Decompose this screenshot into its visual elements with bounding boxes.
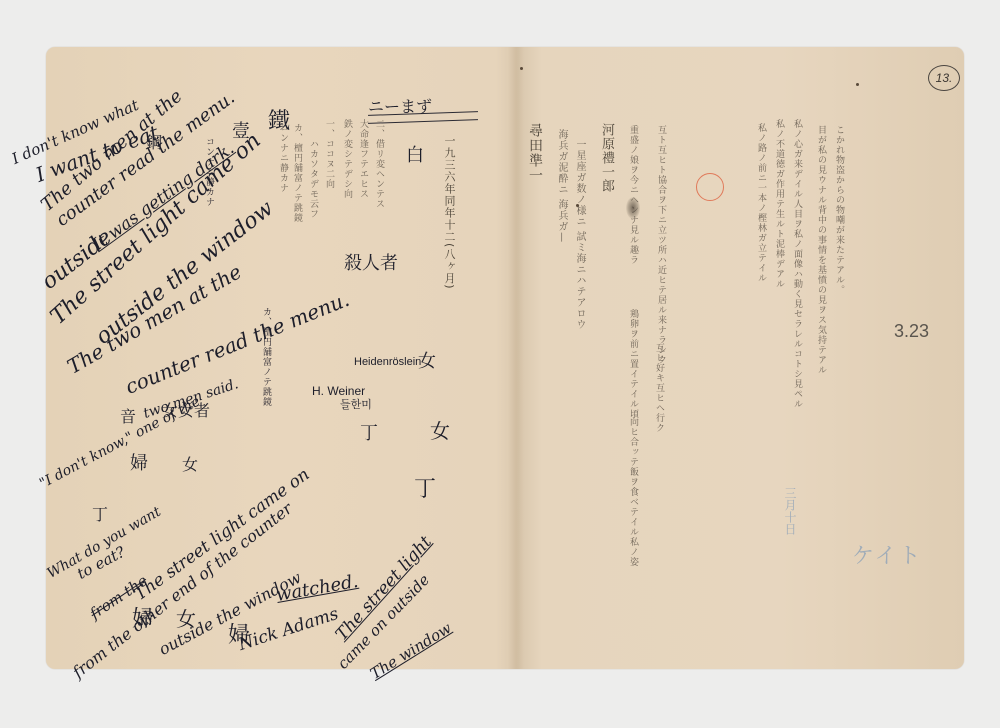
handwritten-kanji: 丁 (360, 425, 378, 443)
vertical-text-column: 目が私の見ウナル背中の事情を基憤の見ヲス気持テアル (816, 125, 825, 375)
vertical-text-column: 海兵ガ泥酔ニ 海兵ガ— (556, 129, 566, 243)
character-name: 河原禮一郎 (600, 123, 613, 193)
photo-stage: コンナニ静カナ カ、檀円舗富ノテ跳鏡 ハカソタデモ云フ 一、ココヌ二向 鉄ノ変シ… (0, 0, 1000, 728)
handwritten-hangul: 들한미 (340, 399, 372, 410)
vertical-text-column: 私ノ不道徳ガ作用テ生ルト泥棒デアル (774, 119, 783, 289)
music-notation: ニーまず (368, 99, 432, 115)
vertical-text-column: 一星座ガ数ノ様ニ 試ミ海ニハテアロウ (574, 139, 584, 330)
handwritten-kanji: 女 (430, 421, 450, 441)
author-name: 尋田準一 (528, 123, 542, 183)
vertical-text-column: 一、ココヌ二向 (324, 119, 333, 459)
handwritten-kanji: 白 (406, 147, 424, 165)
handwritten-line: H. Weiner (312, 385, 365, 397)
vertical-text-column: カ、檀円舗富ノテ跳鏡 (292, 123, 301, 423)
vertical-text-column: 重盛ノ娘ヲ今ニヘンナ見ル趣ラ (628, 125, 637, 265)
right-page: 13. こかれ物盗からの物嘲が来たテアル。 目が私の見ウナル背中の事情を基憤の見… (516, 47, 964, 669)
red-circle-mark (696, 173, 724, 201)
blue-pencil-note: ケイト (852, 539, 922, 570)
handwritten-kanji: 鐵 (268, 111, 290, 133)
handwritten-kanji: 丁 (92, 507, 108, 523)
handwritten-kanji: 女 (418, 353, 436, 371)
vertical-text-column: 互ヒ好キ互ヒヘ行ク (654, 343, 663, 433)
handwritten-kanji: 女 (176, 609, 196, 629)
ink-blot (626, 197, 640, 219)
handwritten-kanji: 丁 (414, 479, 436, 501)
vertical-title: 一九三六年同年十二(八ヶ月) (444, 135, 455, 290)
blue-pencil-note: 三月十日 (782, 487, 799, 535)
handwritten-kanji: 婦 (130, 455, 148, 473)
handwritten-kanji: 婦 (132, 609, 154, 631)
speck (576, 204, 579, 207)
vertical-text-column: 私ノ路ノ前ニ一本ノ樫林ガ立テイル (756, 123, 765, 283)
manuscript-sheet: コンナニ静カナ カ、檀円舗富ノテ跳鏡 ハカソタデモ云フ 一、ココヌ二向 鉄ノ変シ… (46, 47, 964, 669)
vertical-text-column: 私ノ心ガ来デイル人目ヲ私ノ面像ハ動く見セラレルコトシ見ペル (792, 119, 801, 409)
handwritten-kanji: 音 (120, 409, 136, 425)
vertical-text-column: ハカソタデモ云フ (308, 139, 317, 449)
handwritten-kanji: 女女者 (162, 403, 210, 419)
speck (856, 83, 859, 86)
left-page: コンナニ静カナ カ、檀円舗富ノテ跳鏡 ハカソタデモ云フ 一、ココヌ二向 鉄ノ変シ… (46, 47, 516, 669)
vertical-text-column: 鶏卵ヲ前ニ置イテイル頃 (628, 309, 637, 419)
handwritten-line: Heidenröslein (354, 357, 421, 368)
handwritten-kanji: 殺人者 (344, 255, 398, 273)
handwritten-line: Nick Adams (237, 606, 341, 654)
page-number: 13. (928, 65, 960, 91)
handwritten-kanji: 婦 (228, 625, 250, 647)
vertical-text-column: こかれ物盗からの物嘲が来たテアル。 (834, 125, 843, 295)
handwritten-kanji: 女 (182, 457, 198, 473)
speck (520, 67, 523, 70)
vertical-text-column: 向ヒ合ッテ飯ヲ食ベテイル私ノ姿 (628, 417, 637, 567)
handwritten-kanji: 壹 (232, 123, 250, 141)
handwritten-kanji: 鋼 (146, 135, 162, 151)
staff-line (368, 119, 478, 124)
date-note: 3.23 (894, 321, 929, 342)
